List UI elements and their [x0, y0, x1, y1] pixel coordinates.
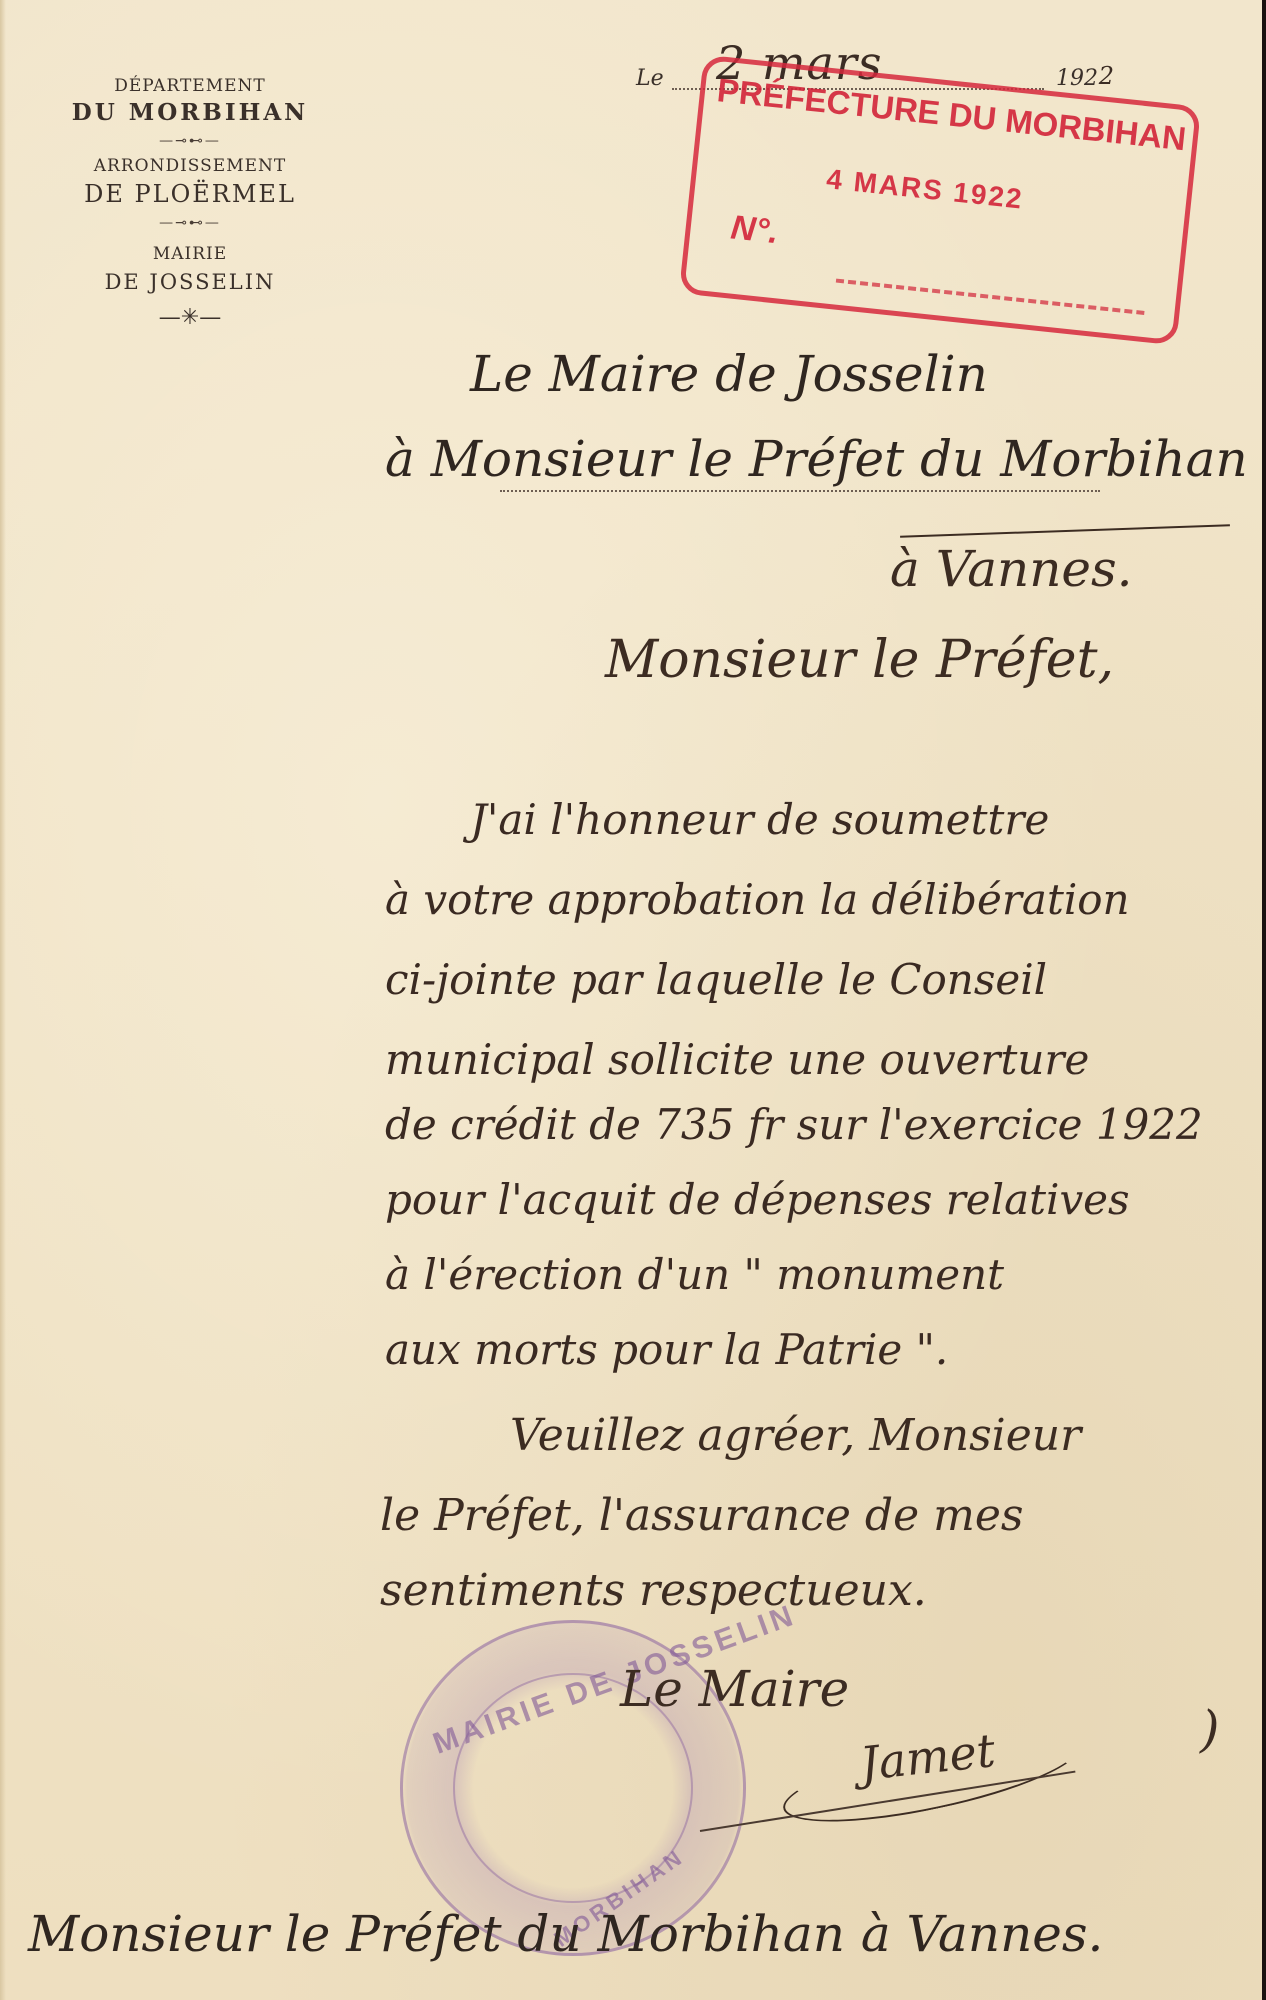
closing-parenthesis: ) — [1200, 1700, 1220, 1758]
recipient-city: à Vannes. — [890, 540, 1133, 598]
dateline-year-printed: 192 — [1056, 66, 1098, 91]
printed-letterhead: DÉPARTEMENT DU MORBIHAN —⊸⊷— ARRONDISSEM… — [40, 74, 340, 338]
letter-page: DÉPARTEMENT DU MORBIHAN —⊸⊷— ARRONDISSEM… — [0, 0, 1262, 2000]
letterhead-mairie-name: DE JOSSELIN — [40, 266, 340, 298]
city-rule — [900, 524, 1230, 538]
stamp-dashed-line — [836, 279, 1145, 315]
body-line: aux morts pour la Patrie ". — [385, 1325, 948, 1374]
closing-line: le Préfet, l'assurance de mes — [380, 1490, 1023, 1541]
body-line: pour l'acquit de dépenses relatives — [385, 1175, 1130, 1224]
body-line: municipal sollicite une ouverture — [385, 1035, 1089, 1084]
salutation: Monsieur le Préfet, — [605, 630, 1114, 690]
prefecture-received-stamp: PRÉFECTURE DU MORBIHAN 4 MARS 1922 N°. — [679, 55, 1201, 346]
star-ornament-icon: —✳— — [40, 298, 340, 338]
body-line: à votre approbation la délibération — [385, 875, 1130, 924]
letterhead-arrondissement-name: DE PLOËRMEL — [40, 178, 340, 210]
body-line: à l'érection d'un " monument — [385, 1250, 1004, 1299]
footer-address: Monsieur le Préfet du Morbihan à Vannes. — [28, 1905, 1103, 1963]
letterhead-department-label: DÉPARTEMENT — [40, 74, 340, 98]
stamp-date: 4 MARS 1922 — [825, 163, 1025, 216]
closing-line: Veuillez agréer, Monsieur — [510, 1410, 1081, 1461]
body-line: J'ai l'honneur de soumettre — [470, 795, 1049, 844]
ornament-divider-icon: —⊸⊷— — [40, 128, 340, 154]
letterhead-mairie-label: MAIRIE — [40, 242, 340, 266]
letterhead-department-name: DU MORBIHAN — [40, 98, 340, 128]
stamp-number-label: N°. — [729, 208, 780, 252]
sender-line: Le Maire de Josselin — [470, 345, 988, 403]
recipient-dotted-rule — [500, 490, 1100, 492]
body-line: de crédit de 735 fr sur l'exercice 1922 — [385, 1100, 1203, 1149]
paper-edge — [0, 0, 6, 2000]
recipient-line: à Monsieur le Préfet du Morbihan — [385, 430, 1248, 488]
dateline-year-handwritten: 2 — [1099, 62, 1114, 90]
body-line: ci-jointe par laquelle le Conseil — [385, 955, 1047, 1004]
letterhead-arrondissement-label: ARRONDISSEMENT — [40, 154, 340, 178]
closing-line: sentiments respectueux. — [380, 1565, 927, 1616]
ornament-divider-icon: —⊸⊷— — [40, 210, 340, 236]
signature-label: Le Maire — [620, 1660, 849, 1718]
dateline-prefix: Le — [636, 66, 664, 91]
